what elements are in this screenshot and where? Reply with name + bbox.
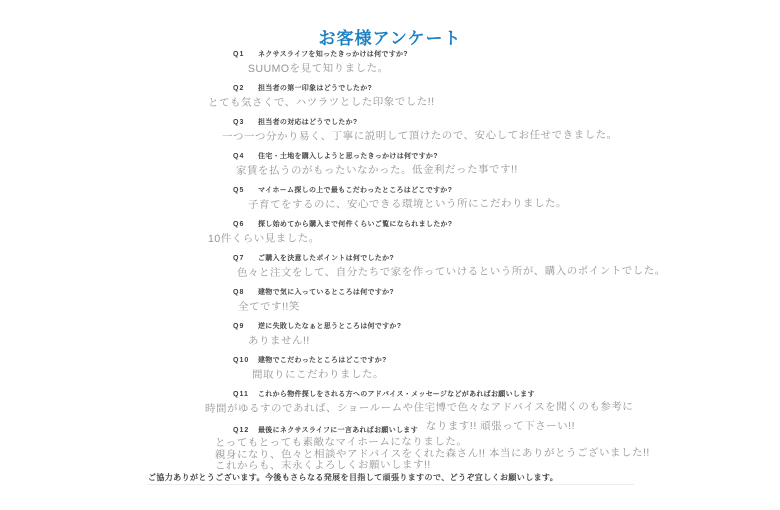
qa-list: Q1 ネクサスライフを知ったきっかけは何ですか? SUUMOを見て知りました。 … xyxy=(233,50,663,481)
question-number: Q9 xyxy=(233,322,258,332)
answer-line: 家賃を払うのがもったいなかった。低金利だった事です!! xyxy=(236,162,663,178)
qa-row: Q10 建物でこだわったところはどこですか? 間取りにこだわりました。 xyxy=(233,356,663,382)
qa-row: Q8 建物で気に入っているところは何ですか? 全てです!!笑 xyxy=(233,288,663,314)
answer-block: 間取りにこだわりました。 xyxy=(252,368,663,382)
answer-line: これからも、末永くよろしくお願いします!! xyxy=(215,459,663,473)
question-text: マイホーム探しの上で最もこだわったところはどこですか? xyxy=(258,186,452,196)
answer-block: 子育てをするのに、安心できる環境という所にこだわりました。 xyxy=(248,198,663,212)
question-line: Q5 マイホーム探しの上で最もこだわったところはどこですか? xyxy=(233,186,663,196)
question-number: Q5 xyxy=(233,186,258,196)
question-text: 逆に失敗したなぁと思うところは何ですか? xyxy=(258,322,401,332)
answer-line: 全てです!!笑 xyxy=(238,298,663,314)
question-number: Q6 xyxy=(233,220,258,230)
answer-block: とても気さくで、ハツラツとした印象でした!! xyxy=(208,96,663,110)
footer-divider xyxy=(148,484,634,485)
question-text: 建物で気に入っているところは何ですか? xyxy=(258,288,394,298)
question-text: 担当者の第一印象はどうでしたか? xyxy=(258,84,372,94)
question-number: Q4 xyxy=(233,152,258,162)
question-line: Q9 逆に失敗したなぁと思うところは何ですか? xyxy=(233,322,663,332)
question-text: 担当者の対応はどうでしたか? xyxy=(258,118,357,128)
question-line: Q12 最後にネクサスライフに一言あればお願いします なります!! 頑張って下さ… xyxy=(233,424,663,436)
answer-block: 一つ一つ分かり易く、丁寧に説明して頂けたので、安心してお任せできました。 xyxy=(222,130,663,144)
answer-line: 子育てをするのに、安心できる環境という所にこだわりました。 xyxy=(248,196,663,212)
qa-row: Q4 住宅・土地を購入しようと思ったきっかけは何ですか? 家賃を払うのがもったい… xyxy=(233,152,663,178)
answer-block: 色々と注文をして、自分たちで家を作っていけるという所が、購入のポイントでした。 xyxy=(237,266,663,280)
question-line: Q7 ご購入を決意したポイントは何でしたか? xyxy=(233,254,663,264)
question-line: Q1 ネクサスライフを知ったきっかけは何ですか? xyxy=(233,50,663,60)
question-number: Q10 xyxy=(233,356,258,366)
qa-row: Q1 ネクサスライフを知ったきっかけは何ですか? SUUMOを見て知りました。 xyxy=(233,50,663,76)
question-number: Q11 xyxy=(233,390,258,400)
question-text: 最後にネクサスライフに一言あればお願いします xyxy=(258,426,418,436)
qa-row: Q3 担当者の対応はどうでしたか? 一つ一つ分かり易く、丁寧に説明して頂けたので… xyxy=(233,118,663,144)
question-line: Q4 住宅・土地を購入しようと思ったきっかけは何ですか? xyxy=(233,152,663,162)
question-number: Q12 xyxy=(233,426,258,436)
answer-line: とても気さくで、ハツラツとした印象でした!! xyxy=(208,94,663,110)
question-line: Q10 建物でこだわったところはどこですか? xyxy=(233,356,663,366)
question-text: ご購入を決意したポイントは何でしたか? xyxy=(258,254,394,264)
qa-row: Q6 探し始めてから購入まで何件くらいご覧になられましたか? 10件くらい見まし… xyxy=(233,220,663,246)
page-title: お客様アンケート xyxy=(0,0,780,49)
question-text: 建物でこだわったところはどこですか? xyxy=(258,356,387,366)
answer-block: 10件くらい見ました。 xyxy=(208,232,663,246)
answer-block: 全てです!!笑 xyxy=(238,300,663,314)
question-line: Q2 担当者の第一印象はどうでしたか? xyxy=(233,84,663,94)
answer-line: 一つ一つ分かり易く、丁寧に説明して頂けたので、安心してお任せできました。 xyxy=(222,128,663,144)
answer-block: ありません!! xyxy=(248,334,663,348)
qa-row: Q11 これから物件探しをされる方へのアドバイス・メッセージなどがあればお願いし… xyxy=(233,390,663,416)
question-line: Q3 担当者の対応はどうでしたか? xyxy=(233,118,663,128)
question-text: これから物件探しをされる方へのアドバイス・メッセージなどがあればお願いします xyxy=(258,390,535,400)
answer-block: SUUMOを見て知りました。 xyxy=(248,62,663,76)
question-number: Q2 xyxy=(233,84,258,94)
question-number: Q1 xyxy=(233,50,258,60)
answer-line: 間取りにこだわりました。 xyxy=(252,366,663,382)
qa-row: Q2 担当者の第一印象はどうでしたか? とても気さくで、ハツラツとした印象でした… xyxy=(233,84,663,110)
answer-line: ありません!! xyxy=(248,332,663,348)
qa-row: Q7 ご購入を決意したポイントは何でしたか? 色々と注文をして、自分たちで家を作… xyxy=(233,254,663,280)
question-text: 探し始めてから購入まで何件くらいご覧になられましたか? xyxy=(258,220,452,230)
qa-row: Q5 マイホーム探しの上で最もこだわったところはどこですか? 子育てをするのに、… xyxy=(233,186,663,212)
question-number: Q7 xyxy=(233,254,258,264)
survey-sheet: お客様アンケート Q1 ネクサスライフを知ったきっかけは何ですか? SUUMOを… xyxy=(0,0,780,510)
question-number: Q8 xyxy=(233,288,258,298)
question-line: Q8 建物で気に入っているところは何ですか? xyxy=(233,288,663,298)
answer-block: とってもとっても素敵なマイホームになりました。親身になり、色々と相談やアドバイス… xyxy=(215,438,663,473)
question-line: Q11 これから物件探しをされる方へのアドバイス・メッセージなどがあればお願いし… xyxy=(233,390,663,400)
answer-line: SUUMOを見て知りました。 xyxy=(248,60,663,76)
answer-line: 時間がゆるすのであれば、ショールームや住宅博で色々なアドバイスを聞くのも参考に xyxy=(205,400,663,416)
qa-row: Q12 最後にネクサスライフに一言あればお願いします なります!! 頑張って下さ… xyxy=(233,424,663,473)
question-text: ネクサスライフを知ったきっかけは何ですか? xyxy=(258,50,408,60)
question-number: Q3 xyxy=(233,118,258,128)
footer-note: ご協力ありがとうございます。今後もさらなる発展を目指して頑張りますので、どうぞ宜… xyxy=(148,472,558,483)
question-text: 住宅・土地を購入しようと思ったきっかけは何ですか? xyxy=(258,152,438,162)
answer-block: 時間がゆるすのであれば、ショールームや住宅博で色々なアドバイスを聞くのも参考に xyxy=(205,402,663,416)
qa-row: Q9 逆に失敗したなぁと思うところは何ですか? ありません!! xyxy=(233,322,663,348)
answer-line: 10件くらい見ました。 xyxy=(208,230,663,246)
answer-block: 家賃を払うのがもったいなかった。低金利だった事です!! xyxy=(236,164,663,178)
answer-line: 色々と注文をして、自分たちで家を作っていけるという所が、購入のポイントでした。 xyxy=(237,264,663,280)
answer-continuation: なります!! 頑張って下さーい!! xyxy=(426,421,575,431)
question-line: Q6 探し始めてから購入まで何件くらいご覧になられましたか? xyxy=(233,220,663,230)
